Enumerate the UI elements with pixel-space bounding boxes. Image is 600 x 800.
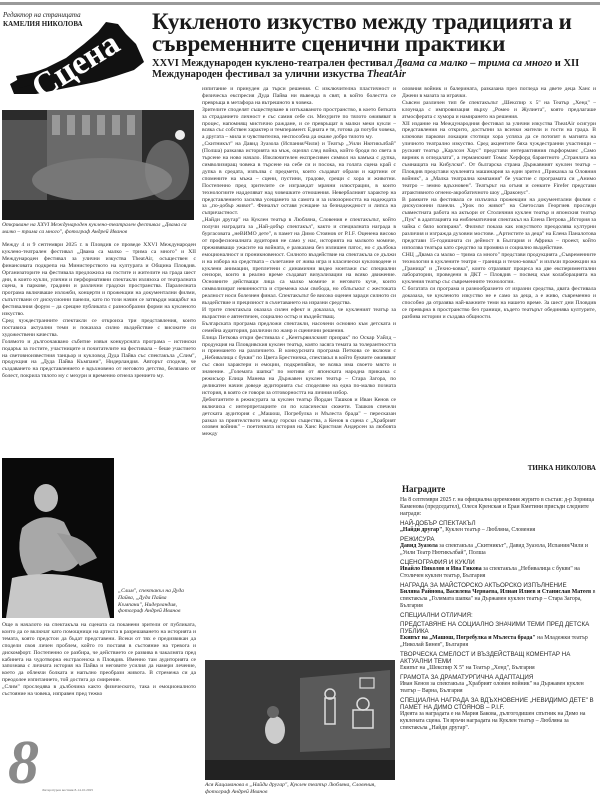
award-item: СПЕЦИАЛНА НАГРАДА ЗА ВДЪХНОВЕНИЕ „неВиДИ… [400,697,596,732]
awards-list: На 8 септември 2025 г. на официална цере… [400,497,596,732]
article-title: Кукленото изкуство между традицията и съ… [152,11,597,55]
award-item: РЕЖИСУРАДавид Зуазола за спектакъла „Ски… [400,536,596,557]
award-item: СПЕЦИАЛНИ ОТЛИЧИЯ: [400,612,596,619]
awards-heading: Наградите [402,484,445,494]
photo-slim-performance [2,458,114,618]
photo2-caption: „Слим", спектакъл на Дуда Пайва, „Дуда П… [118,588,190,615]
publication-footer: Литературен вестник 8-14.10.2025 [42,788,93,792]
column-2: изпитание и принуден да търси решения. С… [202,86,396,657]
column-1-top: Между 4 и 9 септември 2025 г. в Пловдив … [2,242,196,380]
photo1-caption: Откриване на XXVI Международен куклено-т… [2,222,196,236]
top-rule [0,2,600,5]
photo-find-a-friend [205,660,395,780]
torn-paper-logo-icon: Сцена [6,14,146,96]
award-item: НАГРАДА ЗА МАЙСТОРСКО АКТЬОРСКО ИЗПЪЛНЕН… [400,582,596,610]
award-item: ГРАМОТА ЗА ДРАМАТУРГИЧНА АДАПТАЦИЯИван К… [400,674,596,695]
award-item: ПРЕДСТАВЯНЕ НА СОЦИАЛНО ЗНАЧИМИ ТЕМИ ПРЕ… [400,621,596,649]
award-item: НАЙ-ДОБЪР СПЕКТАКЪЛ„Найди другар", Кукле… [400,520,596,534]
stage-scene-photo-icon [205,660,395,780]
award-item: ТВОРЧЕСКА СМЕЛОСТ И ВЪЗДЕЙСТВАЩ КОМЕНТАР… [400,651,596,672]
article-headline: Кукленото изкуство между традицията и съ… [152,11,597,80]
column-3: оловния войник и балерината, разказана п… [402,86,596,462]
page-number: 8 [8,732,39,794]
section-logo: Сцена [6,14,146,96]
article-subtitle: XXVI Международен куклено-театрален фест… [152,58,597,80]
photo3-caption: Ася Кацаманова в „Найди другар", Куклен … [205,782,397,796]
award-item: СЦЕНОГРАФИЯ И КУКЛИИвайло Николов и Ива … [400,559,596,580]
article-author: ТИНКА НИКОЛОВА [528,464,596,472]
street-crowd-photo-icon [2,110,194,220]
svg-text:Сцена: Сцена [25,24,126,96]
awards-intro: На 8 септември 2025 г. на официална цере… [400,497,596,518]
column-1-bottom: Още в началото на спектакъла на сцената … [2,622,196,698]
photo-festival-opening [2,110,194,220]
puppet-figure-photo-icon [2,458,114,618]
